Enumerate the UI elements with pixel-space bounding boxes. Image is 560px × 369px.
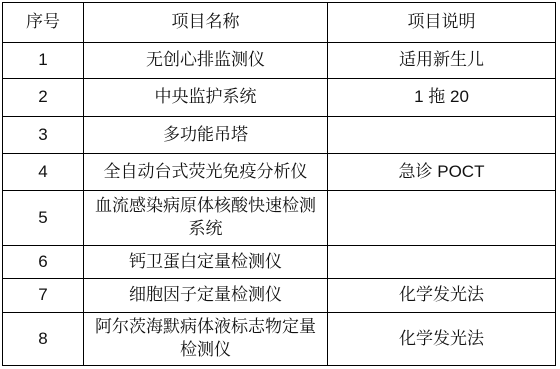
cell-desc bbox=[328, 246, 556, 279]
cell-name: 无创心排监测仪 bbox=[84, 43, 328, 79]
cell-no: 1 bbox=[3, 43, 84, 79]
table-header-row: 序号 项目名称 项目说明 bbox=[3, 3, 556, 43]
table-row: 1 无创心排监测仪 适用新生儿 bbox=[3, 43, 556, 79]
cell-desc: 化学发光法 bbox=[328, 279, 556, 313]
cell-desc: 化学发光法 bbox=[328, 313, 556, 366]
cell-no: 2 bbox=[3, 79, 84, 117]
cell-desc: 适用新生儿 bbox=[328, 43, 556, 79]
cell-name: 阿尔茨海默病体液标志物定量检测仪 bbox=[84, 313, 328, 366]
table-row: 6 钙卫蛋白定量检测仪 bbox=[3, 246, 556, 279]
table-row: 7 细胞因子定量检测仪 化学发光法 bbox=[3, 279, 556, 313]
table-row: 4 全自动台式荧光免疫分析仪 急诊 POCT bbox=[3, 154, 556, 191]
cell-name: 中央监护系统 bbox=[84, 79, 328, 117]
cell-name: 全自动台式荧光免疫分析仪 bbox=[84, 154, 328, 191]
project-table: 序号 项目名称 项目说明 1 无创心排监测仪 适用新生儿 2 中央监护系统 1 … bbox=[2, 2, 556, 366]
cell-name: 血流感染病原体核酸快速检测系统 bbox=[84, 191, 328, 246]
table-row: 3 多功能吊塔 bbox=[3, 117, 556, 154]
table-row: 5 血流感染病原体核酸快速检测系统 bbox=[3, 191, 556, 246]
cell-no: 7 bbox=[3, 279, 84, 313]
cell-no: 5 bbox=[3, 191, 84, 246]
cell-name: 细胞因子定量检测仪 bbox=[84, 279, 328, 313]
cell-no: 6 bbox=[3, 246, 84, 279]
column-header-desc: 项目说明 bbox=[328, 3, 556, 43]
cell-no: 4 bbox=[3, 154, 84, 191]
table-row: 2 中央监护系统 1 拖 20 bbox=[3, 79, 556, 117]
cell-desc: 1 拖 20 bbox=[328, 79, 556, 117]
cell-no: 8 bbox=[3, 313, 84, 366]
column-header-no: 序号 bbox=[3, 3, 84, 43]
cell-desc: 急诊 POCT bbox=[328, 154, 556, 191]
cell-desc bbox=[328, 117, 556, 154]
cell-name: 钙卫蛋白定量检测仪 bbox=[84, 246, 328, 279]
cell-no: 3 bbox=[3, 117, 84, 154]
cell-desc bbox=[328, 191, 556, 246]
table-row: 8 阿尔茨海默病体液标志物定量检测仪 化学发光法 bbox=[3, 313, 556, 366]
column-header-name: 项目名称 bbox=[84, 3, 328, 43]
cell-name: 多功能吊塔 bbox=[84, 117, 328, 154]
